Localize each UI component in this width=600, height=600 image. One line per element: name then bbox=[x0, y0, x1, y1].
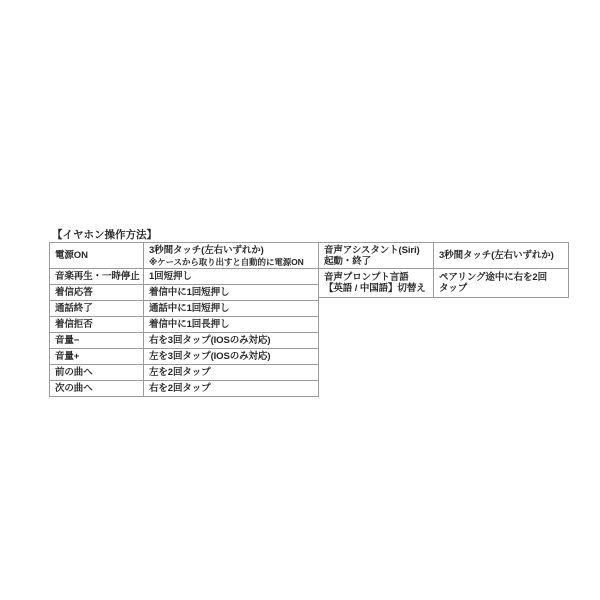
earphone-operation-table-left: 電源ON 3秒間タッチ(左右いずれか) ※ケースから取り出すと自動的に電源ON … bbox=[49, 242, 319, 397]
table-row: 音声アシスタント(Siri) 起動・終了 3秒間タッチ(左右いずれか) bbox=[319, 243, 569, 269]
operation-cell: 音量− bbox=[50, 333, 144, 349]
operation-text: 音声プロンプト言語 bbox=[324, 272, 429, 283]
method-cell: 着信中に1回短押し bbox=[144, 285, 319, 301]
method-cell: 左を2回タップ bbox=[144, 365, 319, 381]
method-text: ペアリング途中に右を2回 bbox=[439, 272, 564, 283]
operation-text: 【英語 / 中国語】切替え bbox=[324, 283, 429, 294]
operation-cell: 着信応答 bbox=[50, 285, 144, 301]
method-cell: 左を3回タップ(IOSのみ対応) bbox=[144, 349, 319, 365]
method-note: ※ケースから取り出すと自動的に電源ON bbox=[149, 257, 314, 267]
operation-cell: 電源ON bbox=[50, 243, 144, 269]
method-text: 3秒間タッチ(左右いずれか) bbox=[149, 245, 314, 256]
operation-cell: 着信拒否 bbox=[50, 317, 144, 333]
table-row: 次の曲へ 右を2回タップ bbox=[50, 381, 319, 397]
table-row: 音量+ 左を3回タップ(IOSのみ対応) bbox=[50, 349, 319, 365]
table-row: 通話終了 通話中に1回短押し bbox=[50, 301, 319, 317]
operation-cell: 音量+ bbox=[50, 349, 144, 365]
method-text: タップ bbox=[439, 283, 564, 294]
method-cell: 3秒間タッチ(左右いずれか) ※ケースから取り出すと自動的に電源ON bbox=[144, 243, 319, 269]
table-row: 着信応答 着信中に1回短押し bbox=[50, 285, 319, 301]
earphone-operation-table-right: 音声アシスタント(Siri) 起動・終了 3秒間タッチ(左右いずれか) 音声プロ… bbox=[318, 242, 569, 298]
operation-cell: 音楽再生・一時停止 bbox=[50, 269, 144, 285]
operation-cell: 前の曲へ bbox=[50, 365, 144, 381]
operation-text: 音声アシスタント(Siri) bbox=[324, 245, 429, 256]
method-cell: 右を3回タップ(IOSのみ対応) bbox=[144, 333, 319, 349]
method-cell: 通話中に1回短押し bbox=[144, 301, 319, 317]
operation-cell: 次の曲へ bbox=[50, 381, 144, 397]
table-row: 電源ON 3秒間タッチ(左右いずれか) ※ケースから取り出すと自動的に電源ON bbox=[50, 243, 319, 269]
page-title: 【イヤホン操作方法】 bbox=[52, 227, 157, 242]
page: 【イヤホン操作方法】 電源ON 3秒間タッチ(左右いずれか) ※ケースから取り出… bbox=[0, 0, 600, 600]
method-cell: 3秒間タッチ(左右いずれか) bbox=[434, 243, 569, 269]
method-cell: 1回短押し bbox=[144, 269, 319, 285]
operation-cell: 音声プロンプト言語 【英語 / 中国語】切替え bbox=[319, 269, 434, 298]
method-cell: ペアリング途中に右を2回 タップ bbox=[434, 269, 569, 298]
operation-cell: 音声アシスタント(Siri) 起動・終了 bbox=[319, 243, 434, 269]
method-cell: 右を2回タップ bbox=[144, 381, 319, 397]
table-row: 音声プロンプト言語 【英語 / 中国語】切替え ペアリング途中に右を2回 タップ bbox=[319, 269, 569, 298]
operation-text: 起動・終了 bbox=[324, 256, 429, 267]
table-row: 音楽再生・一時停止 1回短押し bbox=[50, 269, 319, 285]
table-row: 音量− 右を3回タップ(IOSのみ対応) bbox=[50, 333, 319, 349]
operation-cell: 通話終了 bbox=[50, 301, 144, 317]
table-row: 着信拒否 着信中に1回長押し bbox=[50, 317, 319, 333]
method-cell: 着信中に1回長押し bbox=[144, 317, 319, 333]
table-row: 前の曲へ 左を2回タップ bbox=[50, 365, 319, 381]
